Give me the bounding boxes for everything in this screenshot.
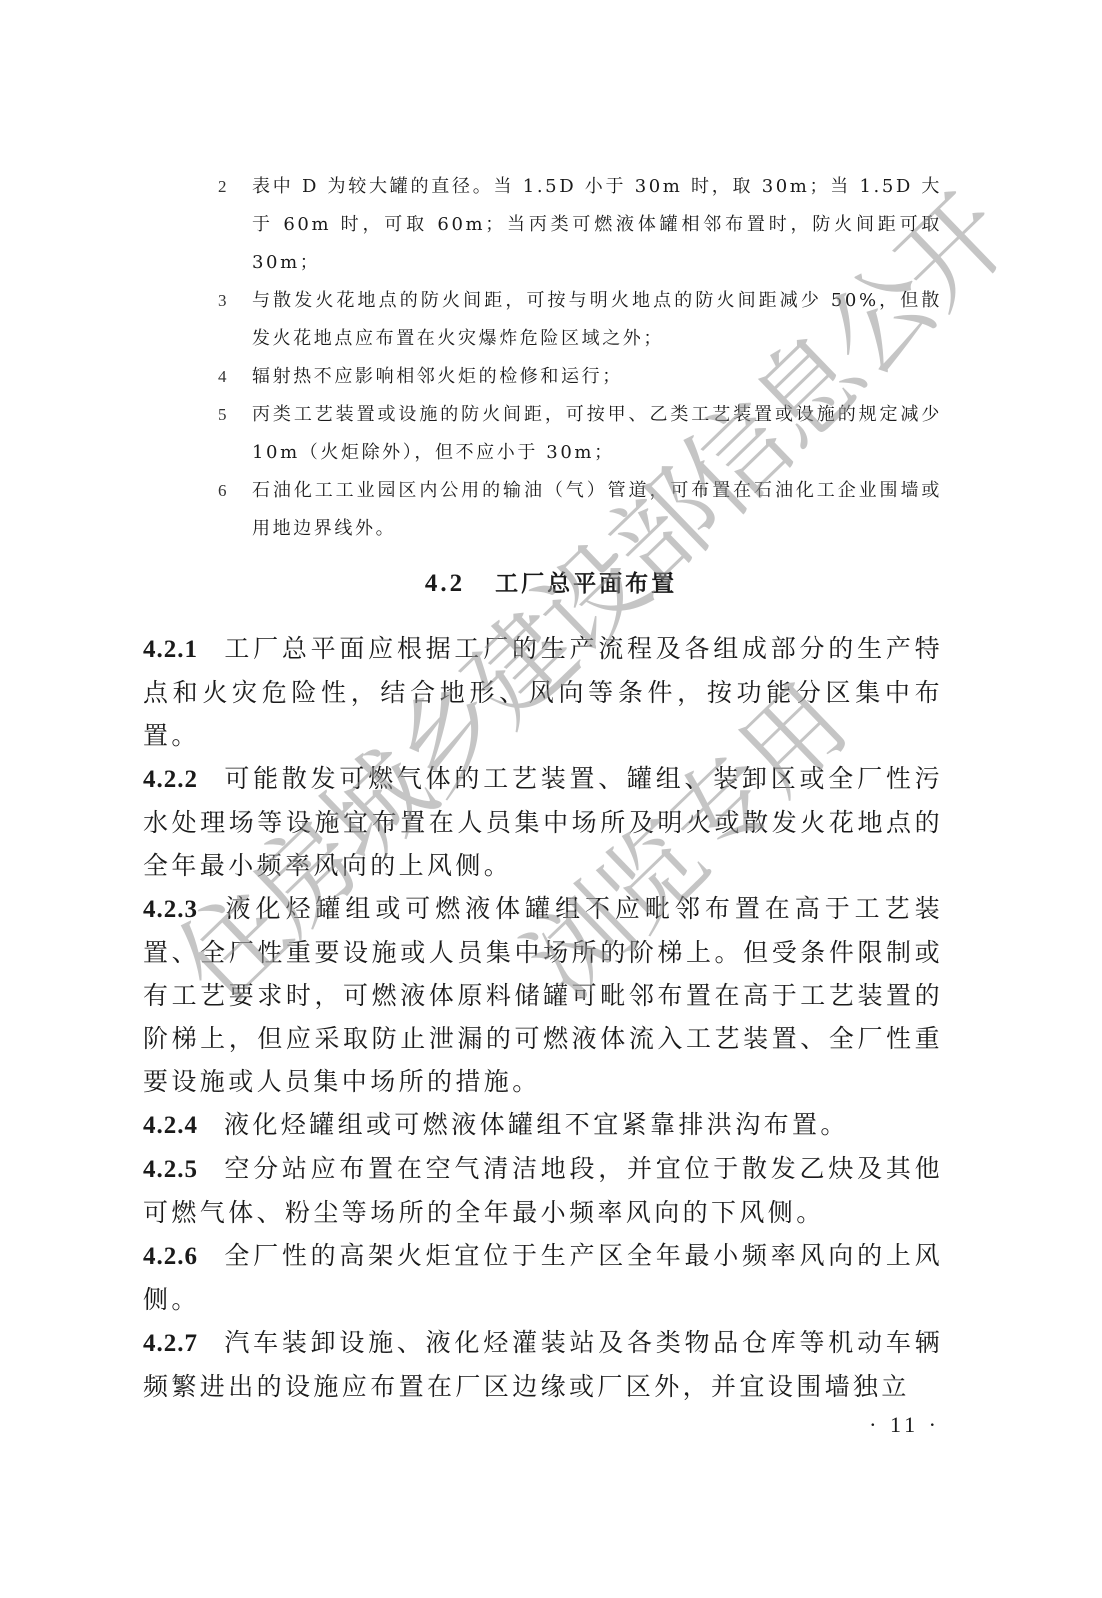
- clause-text: 汽车装卸设施、液化烃灌装站及各类物品仓库等机动车辆频繁进出的设施应布置在厂区边缘…: [143, 1328, 943, 1401]
- note-item: 6 石油化工工业园区内公用的输油（气）管道，可布置在石油化工企业围墙或用地边界线…: [218, 472, 942, 548]
- note-number: 4: [218, 358, 238, 396]
- clause-item: 4.2.5空分站应布置在空气清洁地段，并宜位于散发乙炔及其他可燃气体、粉尘等场所…: [143, 1147, 943, 1234]
- note-item: 4 辐射热不应影响相邻火炬的检修和运行；: [218, 358, 942, 396]
- note-item: 2 表中 D 为较大罐的直径。当 1.5D 小于 30m 时，取 30m；当 1…: [218, 168, 942, 282]
- clause-number: 4.2.5: [143, 1156, 198, 1183]
- clause-item: 4.2.1工厂总平面应根据工厂的生产流程及各组成部分的生产特点和火灾危险性，结合…: [143, 627, 943, 757]
- section-title: 工厂总平面布置: [495, 571, 677, 597]
- table-notes: 2 表中 D 为较大罐的直径。当 1.5D 小于 30m 时，取 30m；当 1…: [218, 168, 942, 548]
- note-text: 与散发火花地点的防火间距，可按与明火地点的防火间距减少 50%，但散发火花地点应…: [252, 290, 942, 349]
- clause-number: 4.2.4: [143, 1112, 198, 1139]
- clause-text: 工厂总平面应根据工厂的生产流程及各组成部分的生产特点和火灾危险性，结合地形、风向…: [143, 634, 943, 750]
- clause-number: 4.2.3: [143, 896, 198, 923]
- note-number: 3: [218, 282, 238, 320]
- clause-item: 4.2.6全厂性的高架火炬宜位于生产区全年最小频率风向的上风侧。: [143, 1234, 943, 1321]
- note-number: 5: [218, 396, 238, 434]
- clause-item: 4.2.7汽车装卸设施、液化烃灌装站及各类物品仓库等机动车辆频繁进出的设施应布置…: [143, 1321, 943, 1408]
- note-item: 3 与散发火花地点的防火间距，可按与明火地点的防火间距减少 50%，但散发火花地…: [218, 282, 942, 358]
- clause-number: 4.2.7: [143, 1330, 198, 1357]
- clause-item: 4.2.2可能散发可燃气体的工艺装置、罐组、装卸区或全厂性污水处理场等设施宜布置…: [143, 757, 943, 887]
- clause-item: 4.2.3液化烃罐组或可燃液体罐组不应毗邻布置在高于工艺装置、全厂性重要设施或人…: [143, 887, 943, 1103]
- note-text: 石油化工工业园区内公用的输油（气）管道，可布置在石油化工企业围墙或用地边界线外。: [252, 480, 942, 539]
- clause-text: 液化烃罐组或可燃液体罐组不宜紧靠排洪沟布置。: [224, 1110, 849, 1139]
- document-page: 2 表中 D 为较大罐的直径。当 1.5D 小于 30m 时，取 30m；当 1…: [0, 0, 1102, 1598]
- clause-text: 液化烃罐组或可燃液体罐组不应毗邻布置在高于工艺装置、全厂性重要设施或人员集中场所…: [143, 894, 943, 1096]
- clause-number: 4.2.2: [143, 766, 198, 793]
- clause-text: 空分站应布置在空气清洁地段，并宜位于散发乙炔及其他可燃气体、粉尘等场所的全年最小…: [143, 1154, 943, 1227]
- note-text: 丙类工艺装置或设施的防火间距，可按甲、乙类工艺装置或设施的规定减少 10m（火炬…: [252, 404, 942, 463]
- note-number: 2: [218, 168, 238, 206]
- section-number: 4.2: [425, 570, 465, 597]
- note-item: 5 丙类工艺装置或设施的防火间距，可按甲、乙类工艺装置或设施的规定减少 10m（…: [218, 396, 942, 472]
- clause-text: 可能散发可燃气体的工艺装置、罐组、装卸区或全厂性污水处理场等设施宜布置在人员集中…: [143, 764, 943, 880]
- note-number: 6: [218, 472, 238, 510]
- clause-number: 4.2.1: [143, 636, 198, 663]
- section-heading: 4.2工厂总平面布置: [0, 562, 1102, 606]
- note-text: 辐射热不应影响相邻火炬的检修和运行；: [252, 366, 623, 387]
- clause-text: 全厂性的高架火炬宜位于生产区全年最小频率风向的上风侧。: [143, 1241, 943, 1314]
- clauses: 4.2.1工厂总平面应根据工厂的生产流程及各组成部分的生产特点和火灾危险性，结合…: [143, 627, 943, 1408]
- clause-number: 4.2.6: [143, 1243, 198, 1270]
- page-number: · 11 ·: [800, 1412, 940, 1438]
- note-text: 表中 D 为较大罐的直径。当 1.5D 小于 30m 时，取 30m；当 1.5…: [252, 176, 942, 273]
- clause-item: 4.2.4液化烃罐组或可燃液体罐组不宜紧靠排洪沟布置。: [143, 1103, 943, 1147]
